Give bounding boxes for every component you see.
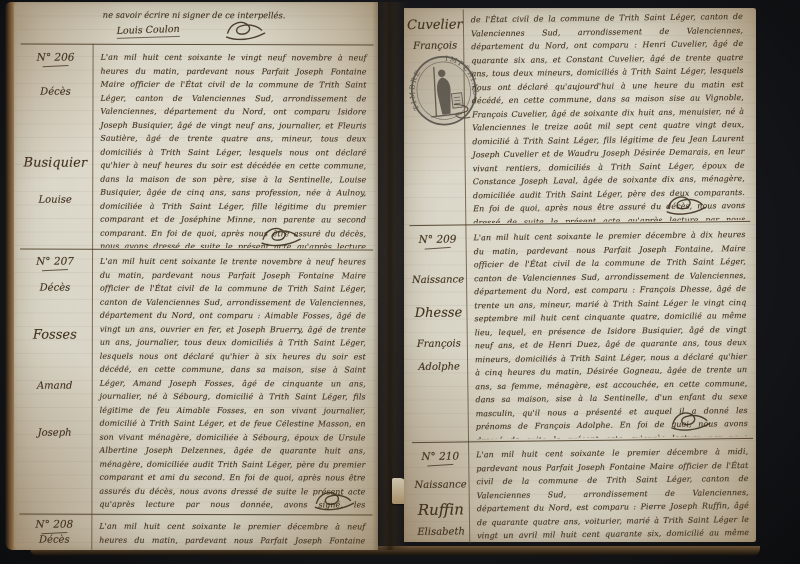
entry-separator-line (19, 514, 372, 516)
entry-209-body: L'an mil huit cent soixante le premier d… (473, 228, 747, 435)
child-middlename: Adolphe (409, 361, 469, 373)
entry-number: N° 206 (19, 52, 93, 67)
mayor-signature-flourish (225, 18, 269, 44)
photo-background: ne savoir écrire ni signer de ce interpe… (0, 0, 800, 564)
right-page: Cuvelier François (404, 8, 756, 542)
entry-210: N° 210 Naissance Ruffin Elisabeth L'an m… (406, 441, 759, 544)
deceased-middlename: Joseph (18, 428, 92, 439)
book-edge-right (754, 12, 780, 540)
entry-205-closing: ne savoir écrire ni signer de ce interpe… (15, 4, 379, 45)
entry-210-margin: N° 210 Naissance Ruffin Elisabeth (410, 444, 471, 538)
child-firstname: Elisabeth (411, 526, 471, 538)
mayor-signature-flourish (670, 408, 714, 435)
entry-number: N° 208 (17, 519, 91, 534)
entry-206-margin: N° 206 Décès Busiquier Louise (18, 48, 92, 206)
act-type-label: Naissance (410, 479, 470, 491)
entry-208-margin: N° 208 Décès (17, 517, 91, 546)
entry-207-margin: N° 207 Décès Fosses Amand Joseph (18, 252, 92, 439)
mayor-signature-flourish (313, 488, 357, 513)
witness-signature: Louis Coulon (116, 24, 179, 39)
entry-cuvelier: Cuvelier François (401, 6, 756, 224)
entry-number: N° 207 (18, 256, 92, 271)
number-underline (43, 65, 69, 67)
entry-separator-line (20, 249, 373, 251)
entry-separator-line (21, 44, 374, 46)
left-page: ne savoir écrire ni signer de ce interpe… (14, 2, 378, 550)
deceased-surname: Cuvelier (405, 17, 465, 33)
act-type-label: Décès (18, 87, 92, 98)
deceased-firstname: Amand (18, 381, 92, 392)
register-book: ne savoir écrire ni signer de ce interpe… (0, 0, 800, 564)
deceased-surname: Fosses (18, 328, 92, 343)
entry-cuvelier-body: de l'État civil de la commune de Trith S… (471, 10, 745, 219)
mayor-signature-flourish (665, 192, 709, 219)
child-surname: Ruffin (411, 500, 471, 519)
left-page-content: ne savoir écrire ni signer de ce interpe… (13, 2, 378, 551)
deceased-firstname: François (405, 40, 465, 52)
deceased-firstname: Louise (18, 195, 92, 206)
entry-206-body: L'an mil huit cent soixante le vingt neu… (100, 51, 367, 244)
entry-number: N° 209 (407, 233, 467, 249)
act-type-label: Naissance (408, 274, 468, 286)
mayor-signature-flourish (260, 224, 304, 248)
right-page-content: Cuvelier François (401, 6, 759, 544)
deceased-surname: Busiquier (18, 156, 92, 171)
entry-210-body: L'an mil huit cent soixante le premier d… (476, 445, 749, 540)
entry-209: N° 209 Naissance Dhesse François Adolphe… (403, 224, 758, 440)
act-type-label: Décès (18, 283, 92, 294)
act-type-label: Décès (17, 535, 91, 546)
entry-207-body: L'an mil huit cent soixante le trente no… (99, 255, 366, 508)
entry-number: N° 210 (410, 450, 470, 466)
child-surname: Dhesse (408, 305, 468, 321)
entry-206: N° 206 Décès Busiquier Louise L'an mil h… (14, 48, 379, 249)
number-underline (425, 247, 451, 250)
number-underline (42, 269, 68, 271)
entry-209-margin: N° 209 Naissance Dhesse François Adolphe (407, 227, 469, 373)
child-firstname: François (409, 338, 469, 350)
entry-208-body: L'an mil huit cent soixante le premier d… (99, 520, 365, 551)
number-underline (427, 464, 453, 467)
entry-207: N° 207 Décès Fosses Amand Joseph L'an mi… (13, 252, 378, 514)
entry-208: N° 208 Décès L'an mil huit cent soixante… (13, 517, 377, 551)
